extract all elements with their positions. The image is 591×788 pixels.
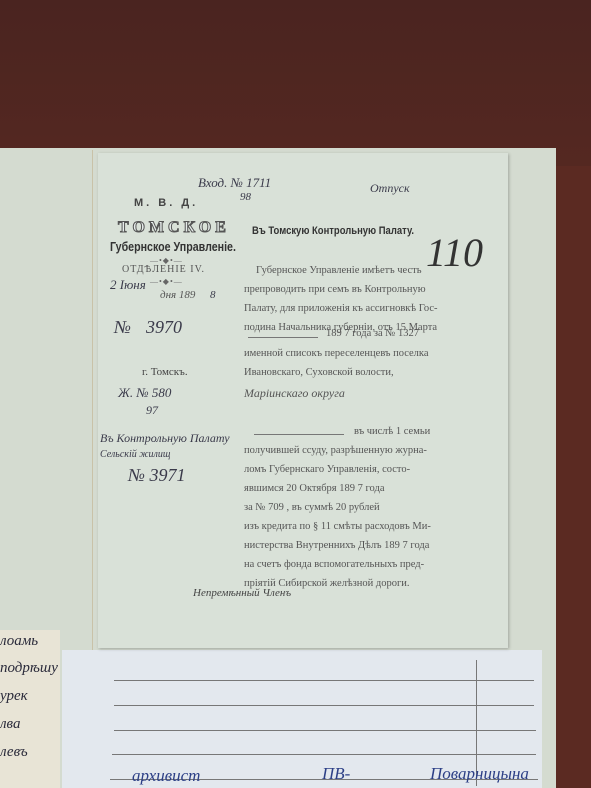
department-label: ОТДѢЛЕНІЕ IV. [122,264,205,275]
entry-sub: 98 [240,191,251,203]
margin-number-110: 110 [426,229,483,276]
handwritten-fragment: лва [0,716,20,733]
body-line: Ивановскаго, Суховской волости, [244,367,394,378]
body-line: Палату, для приложенія къ ассигновкѣ Гос… [244,303,438,314]
form-line [114,730,536,731]
addressee: Въ Томскую Контрольную Палату. [252,225,414,237]
body-line: явшимся 20 Октября 189 7 года [244,483,385,494]
journal-note: Ж. № 580 [118,385,171,401]
journal-note-sub: 97 [146,403,158,418]
historical-letter: Вход. № 1711 98 Отпуск М. В. Д. ТОМСКОЕ … [98,153,508,648]
body-line: препроводить при семъ въ Контрольную [244,284,426,295]
body-line: на счетъ фонда вспомогательныхъ пред- [244,559,424,570]
signature-title: Непремѣнный Членъ [193,587,291,599]
margin-number: № 3971 [128,465,185,486]
city-title: ТОМСКОЕ [118,219,230,237]
body-line: 189 7 года за № 1327 [326,328,419,339]
printed-date: дня 189 [160,289,195,301]
margin-note: Сельскій жилищ [100,449,170,460]
office-title: Губернское Управленіе. [110,239,236,254]
body-line: изъ кредита по § 11 смѣты расходовъ Ми- [244,521,431,532]
number-label: № [114,317,131,338]
blank-line [254,434,344,435]
handwritten-fragment: урек [0,688,28,705]
city-name: г. Томскъ. [142,366,188,378]
handwritten-fragment: подрѣшу [0,660,58,677]
entry-number: Вход. № 1711 [198,175,271,191]
left-handwritten-sheet: лоамь подрѣшу урек лва левъ [0,630,60,788]
body-line: получившей ссуду, разрѣшенную журна- [244,445,427,456]
archivist-name: Поварницына [430,764,529,784]
initials: ПВ- [322,764,350,784]
fold-crease [92,150,93,650]
body-line: ломъ Губернскаго Управленія, состо- [244,464,410,475]
body-line: въ числѣ 1 семьи [354,426,430,437]
handwritten-fragment: лоамь [0,633,38,650]
body-line: именной списокъ переселенцевъ поселка [244,348,429,359]
ministry-label: М. В. Д. [134,197,198,209]
body-line: нистерства Внутреннихъ Дѣлъ 189 7 года [244,540,429,551]
date-year: 8 [210,289,216,301]
body-line: Губернское Управленіе имѣетъ честь [256,265,422,276]
body-line: Маріинскаго округа [244,386,345,401]
body-line: за № 709 , въ суммѣ 20 рублей [244,502,380,513]
form-line [114,680,534,681]
ornament: —•◆•— [150,277,183,286]
handwritten-fragment: левъ [0,744,28,761]
handwritten-date: 2 Іюня [110,277,146,293]
form-line [112,754,536,755]
form-line [114,705,534,706]
right-table-edge [556,166,591,788]
dispatch-note: Отпуск [370,181,410,196]
archivist-label: архивист [132,766,200,786]
outgoing-number: 3970 [146,317,182,338]
blank-line [248,337,318,338]
margin-note: Въ Контрольную Палату [100,431,230,446]
